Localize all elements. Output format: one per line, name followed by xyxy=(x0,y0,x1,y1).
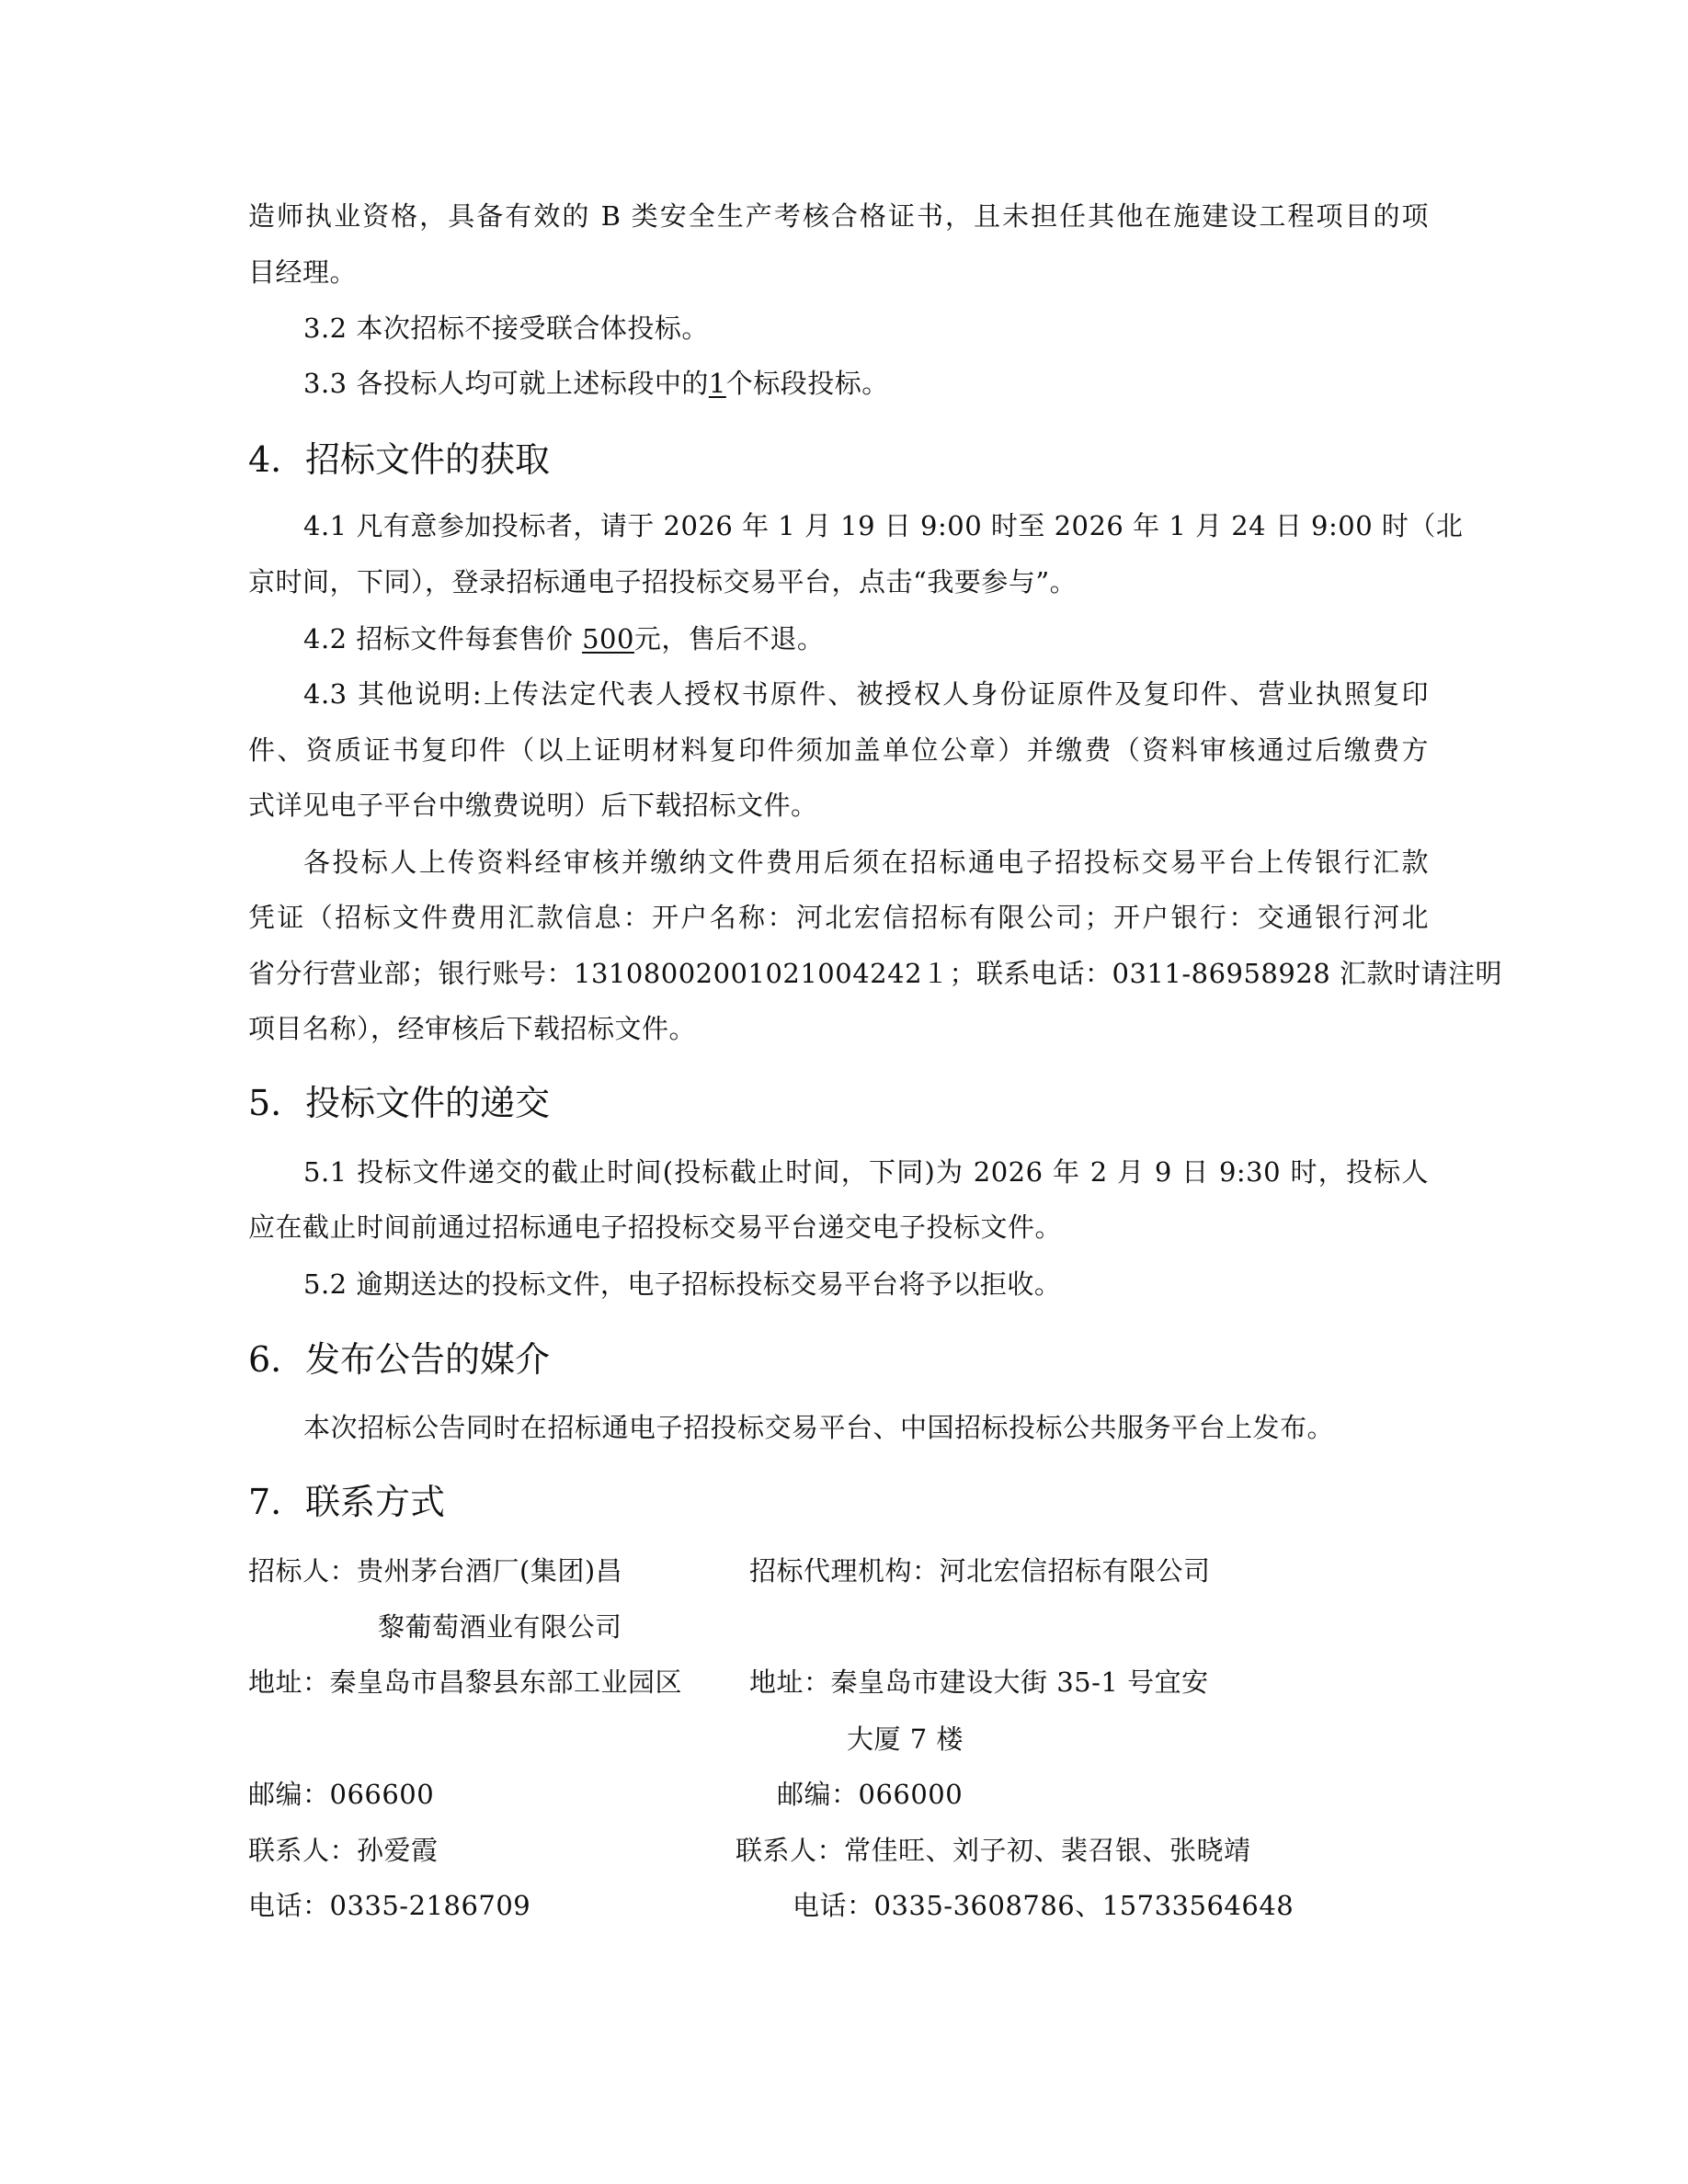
tenderer-name-cont: 黎葡萄酒业有限公司 xyxy=(378,1610,622,1644)
media-paragraph: 本次招标公告同时在招标通电子招投标交易平台、中国招标投标公共服务平台上发布。 xyxy=(303,1411,1334,1444)
clause-4-3: 4.3 其他说明:上传法定代表人授权书原件、被授权人身份证原件及复印件、营业执照… xyxy=(303,677,1429,711)
lot-count: 1 xyxy=(709,368,726,399)
section-heading-6: 6.发布公告的媒介 xyxy=(248,1338,550,1381)
paragraph-line: 项目名称），经审核后下载招标文件。 xyxy=(248,1012,696,1045)
paragraph-line: 省分行营业部；银行账号：13108002001021004242１；联系电话：0… xyxy=(248,957,1429,990)
paragraph-line: 京时间，下同），登录招标通电子招投标交易平台，点击“我要参与”。 xyxy=(248,565,1077,598)
clause-5-1: 5.1 投标文件递交的截止时间(投标截止时间，下同)为 2026 年 2 月 9… xyxy=(303,1155,1429,1189)
section-title: 发布公告的媒介 xyxy=(305,1339,550,1380)
clause-4-1: 4.1 凡有意参加投标者，请于 2026 年 1 月 19 日 9:00 时至 … xyxy=(303,509,1429,542)
clause-text: 4.2 招标文件每套售价 xyxy=(303,623,573,654)
tenderer-phone: 电话：0335-2186709 xyxy=(248,1889,530,1922)
section-number: 4. xyxy=(248,438,305,481)
clause-4-2: 4.2 招标文件每套售价 500元，售后不退。 xyxy=(303,622,824,655)
section-heading-7: 7.联系方式 xyxy=(248,1481,445,1523)
section-number: 7. xyxy=(248,1481,305,1523)
paragraph-line: 造师执业资格，具备有效的 B 类安全生产考核合格证书，且未担任其他在施建设工程项… xyxy=(248,199,1429,233)
agency-address: 地址：秦皇岛市建设大街 35-1 号宜安 xyxy=(749,1666,1209,1699)
agency-contact-person: 联系人：常佳旺、刘子初、裴召银、张晓靖 xyxy=(736,1834,1251,1867)
clause-3-2: 3.2 本次招标不接受联合体投标。 xyxy=(303,312,709,345)
tenderer-contact-person: 联系人：孙爱霞 xyxy=(248,1834,439,1867)
tenderer-address: 地址：秦皇岛市昌黎县东部工业园区 xyxy=(248,1666,682,1699)
section-number: 5. xyxy=(248,1082,305,1124)
tenderer-name: 招标人：贵州茅台酒厂(集团)昌 xyxy=(248,1554,622,1587)
paragraph-line: 件、资质证书复印件（以上证明材料复印件须加盖单位公章）并缴费（资料审核通过后缴费… xyxy=(248,734,1429,767)
section-number: 6. xyxy=(248,1338,305,1381)
paragraph-line: 凭证（招标文件费用汇款信息：开户名称：河北宏信招标有限公司；开户银行：交通银行河… xyxy=(248,901,1429,934)
clause-text: 个标段投标。 xyxy=(726,368,889,399)
paragraph-line: 应在截止时间前通过招标通电子招投标交易平台递交电子投标文件。 xyxy=(248,1211,1062,1244)
paragraph-line: 式详见电子平台中缴费说明）后下载招标文件。 xyxy=(248,789,818,822)
section-title: 投标文件的递交 xyxy=(305,1083,550,1123)
payment-paragraph: 各投标人上传资料经审核并缴纳文件费用后须在招标通电子招投标交易平台上传银行汇款 xyxy=(303,846,1429,879)
paragraph-line: 目经理。 xyxy=(248,256,357,289)
tenderer-postcode: 邮编：066600 xyxy=(248,1778,434,1811)
agency-address-cont: 大厦 7 楼 xyxy=(847,1723,964,1756)
agency-name: 招标代理机构：河北宏信招标有限公司 xyxy=(749,1554,1211,1587)
agency-phone: 电话：0335-3608786、15733564648 xyxy=(793,1889,1294,1922)
price-value: 500 xyxy=(582,623,634,654)
clause-5-2: 5.2 逾期送达的投标文件，电子招标投标交易平台将予以拒收。 xyxy=(303,1268,1061,1301)
clause-text: 3.3 各投标人均可就上述标段中的 xyxy=(303,368,709,399)
section-title: 联系方式 xyxy=(305,1482,445,1522)
section-heading-4: 4.招标文件的获取 xyxy=(248,438,550,481)
agency-postcode: 邮编：066000 xyxy=(777,1778,963,1811)
section-title: 招标文件的获取 xyxy=(305,439,550,480)
clause-3-3: 3.3 各投标人均可就上述标段中的1个标段投标。 xyxy=(303,367,889,400)
clause-text: 元，售后不退。 xyxy=(634,623,825,654)
section-heading-5: 5.投标文件的递交 xyxy=(248,1082,550,1124)
